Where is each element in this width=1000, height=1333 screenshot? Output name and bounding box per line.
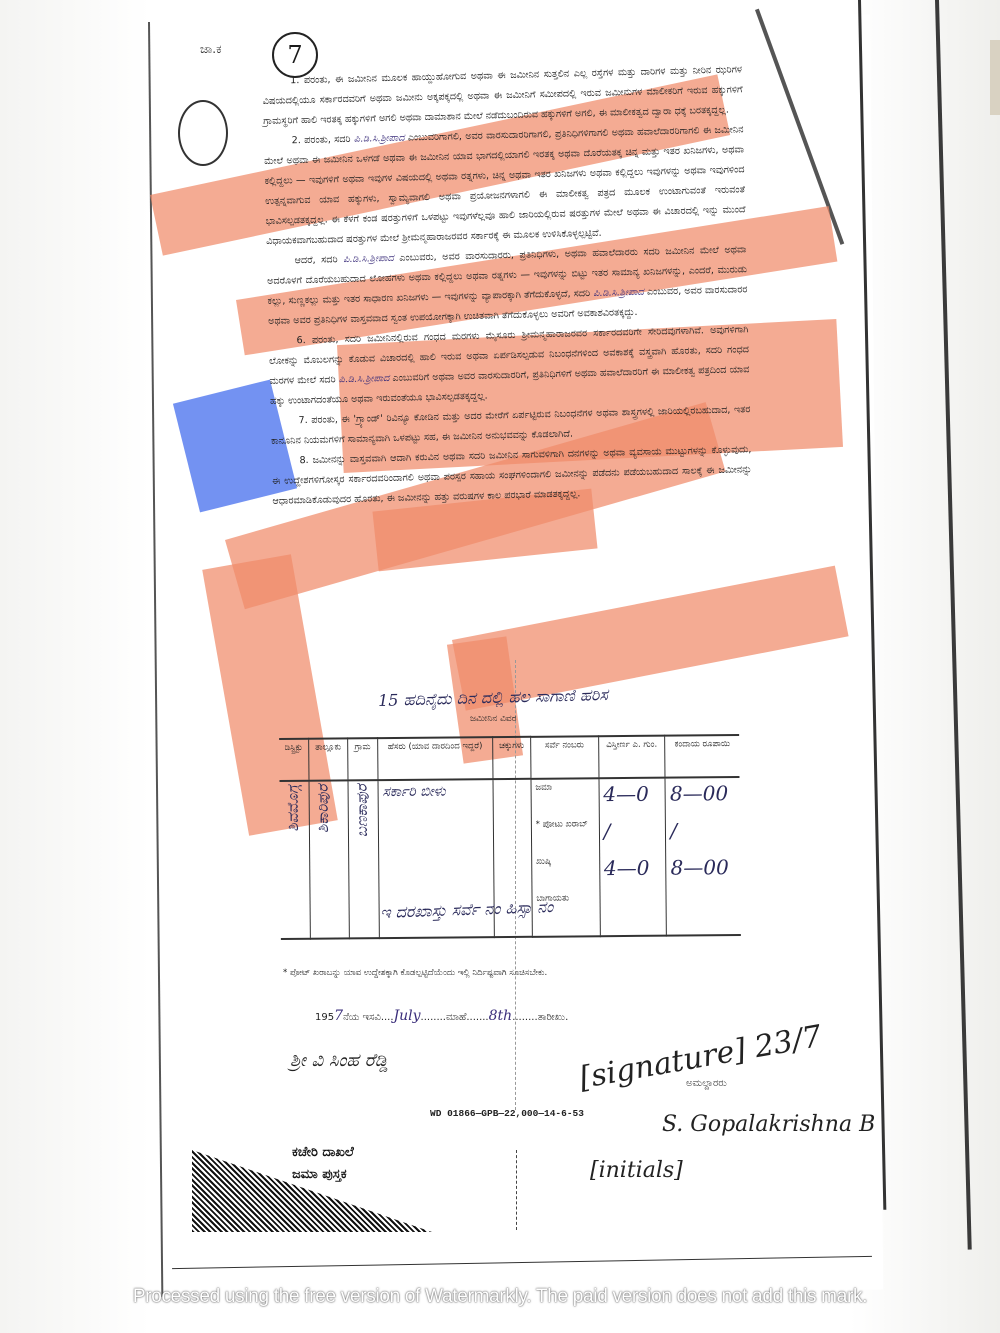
table-header-row: ಡಿಸ್ಟ್ರಿಕ್ಟು ತಾಲ್ಲೂಕು ಗ್ರಾಮ ಹೆಸರು (ಯಾವ ದ… <box>279 735 739 781</box>
filled-grantee-name: ಪಿ.ಡಿ.ಸಿ.ಶ್ರೀಪಾದ <box>343 253 394 265</box>
clause-8: 8. ಜಮೀನನ್ನು ವಾಸ್ತವವಾಗಿ ಆದಾಗಿ ಕರುವಿನ ಅಥವಾ… <box>271 440 752 512</box>
col-revenue: ಕಂದಾಯ ರೂಪಾಯಿ <box>665 735 740 778</box>
clause-2: 2. ಪರಂತು, ಸದರಿ ಪಿ.ಡಿ.ಸಿ.ಶ್ರೀಪಾದ ಎಂಬುವರಿಗ… <box>263 120 746 252</box>
signature-label-amaldar: ಅಮಲ್ದಾರರು <box>686 1078 727 1089</box>
watermark-text: Processed using the free version of Wate… <box>0 1286 1000 1308</box>
background-photo-edge <box>990 40 1000 115</box>
document-body: 1. ಪರಂತು, ಈ ಜಮೀನಿನ ಮೂಲಕ ಹಾಯ್ದುಹೋಗುವ ಅಥವಾ… <box>262 60 753 512</box>
signature-left: ಶ್ರೀ ವಿ ಸಿಂಹ ರೆಡ್ಡಿ <box>290 1050 388 1071</box>
col-survey-number: ಸರ್ವೆ ನಂಬರು <box>530 736 598 779</box>
land-details-title: ಜಮೀನಿನ ವಿವರ <box>470 714 516 724</box>
filled-grantee-name: ಪಿ.ಡಿ.ಸಿ.ಶ್ರೀಪಾದ <box>593 287 644 299</box>
col-taluk: ತಾಲ್ಲೂಕು <box>309 738 348 780</box>
col-chakkubandi: ಚಕ್ಕುಗಳು <box>493 737 531 779</box>
seal-circle-icon <box>178 100 228 166</box>
date-month: July <box>394 1008 421 1024</box>
table-footnote: * ಪೋಟ್ ಖರಾಬನ್ನು ಯಾವ ಉದ್ದೇಶಕ್ಕಾಗಿ ಕೊಡಲ್ಪಟ… <box>283 968 547 978</box>
cell-district: ಶಿವಮೊಗ್ಗ <box>280 781 311 939</box>
date-line: 1957ನೆಯ ಇಸವಿ....July........ಮಾಹೆ.......8… <box>315 1008 568 1024</box>
signature-initials: [initials] <box>590 1158 683 1183</box>
cell-extent: 4—0 / 4—0 <box>599 778 667 937</box>
col-extent: ವಿಸ್ತೀರ್ಣ ಎ. ಗುಂ. <box>598 736 665 779</box>
cell-taluk: ಶಿಕಾರಿಪುರ <box>309 780 349 938</box>
clause-6: 6. ಪರಂತು, ಸದರಿ ಜಮೀನಿನಲ್ಲಿರುವ ಗಂಧದ ಮರಗಳು … <box>268 320 750 412</box>
col-district: ಡಿಸ್ಟ್ರಿಕ್ಟು <box>279 739 309 781</box>
fold-line-bottom <box>516 1150 518 1230</box>
clause-2-proviso: ಆದರೆ, ಸದರಿ ಪಿ.ಡಿ.ಸಿ.ಶ್ರೀಪಾದ ಎಂಬುವರು, ಅವರ… <box>266 240 748 332</box>
cell-village: ಬಣಕಾಪುರ <box>348 780 379 938</box>
cell-revenue: 8—00 / 8—00 <box>665 777 741 936</box>
signature-name: S. Gopalakrishna B <box>662 1112 875 1137</box>
corner-note: ಜಾ.ಕ <box>200 42 222 57</box>
col-name: ಹೆಸರು (ಯಾವ ದಾರದಿಂದ ಇದ್ದರೆ) <box>377 737 493 780</box>
filled-grantee-name: ಪಿ.ಡಿ.ಸಿ.ಶ್ರೀಪಾದ <box>339 373 390 385</box>
col-village: ಗ್ರಾಮ <box>347 738 377 780</box>
print-code: WD 01866—GPB—22,000—14-6-53 <box>430 1108 584 1119</box>
filled-grantee-name: ಪಿ.ಡಿ.ಸಿ.ಶ್ರೀಪಾದ <box>354 133 405 145</box>
date-day: 8th <box>489 1008 513 1024</box>
office-stamp-text: ಕಚೇರಿ ದಾಖಲೆ ಜಮಾ ಪುಸ್ತಕ <box>292 1142 354 1186</box>
